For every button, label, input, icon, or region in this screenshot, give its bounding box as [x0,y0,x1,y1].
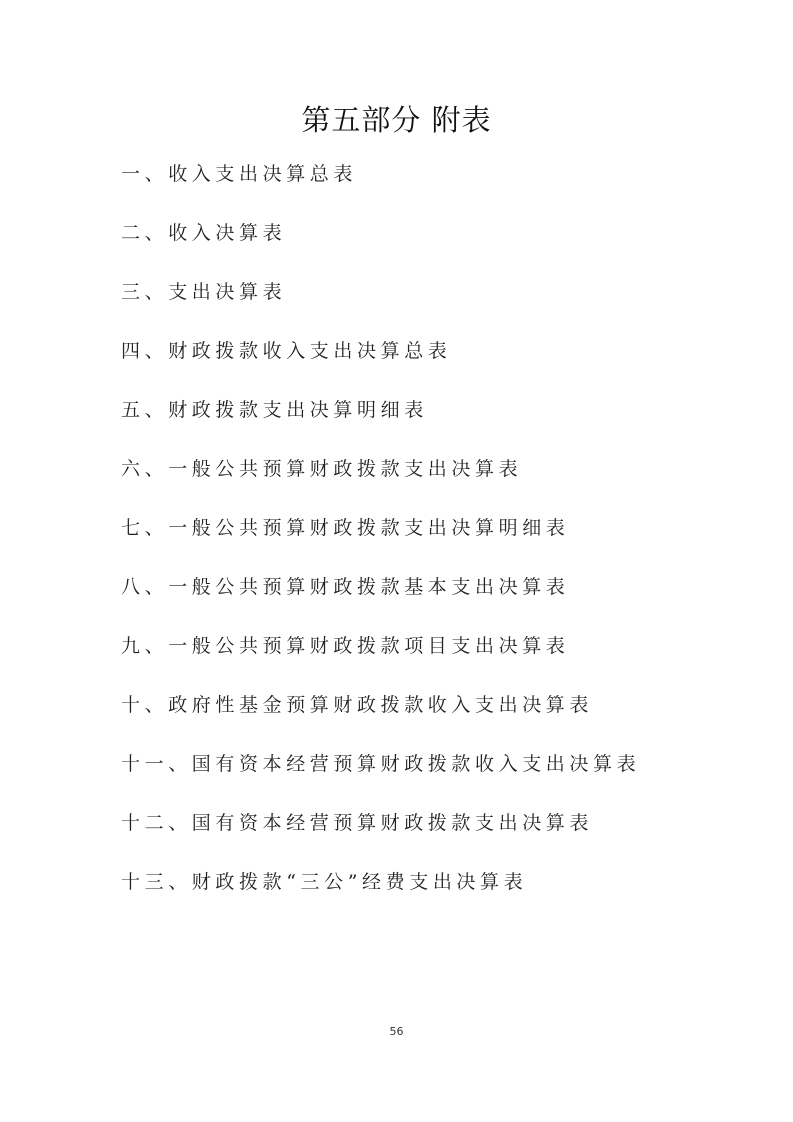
page-title: 第五部分 附表 [0,98,793,139]
toc-item-13: 十三、财政拨款“三公”经费支出决算表 [121,868,640,927]
toc-item-2: 二、收入决算表 [121,219,640,278]
toc-item-9: 九、一般公共预算财政拨款项目支出决算表 [121,632,640,691]
toc-item-12: 十二、国有资本经营预算财政拨款支出决算表 [121,809,640,868]
toc-item-7: 七、一般公共预算财政拨款支出决算明细表 [121,514,640,573]
toc-item-5: 五、财政拨款支出决算明细表 [121,396,640,455]
toc-item-11: 十一、国有资本经营预算财政拨款收入支出决算表 [121,750,640,809]
toc-item-6: 六、一般公共预算财政拨款支出决算表 [121,455,640,514]
appendix-table-list: 一、收入支出决算总表 二、收入决算表 三、支出决算表 四、财政拨款收入支出决算总… [121,160,640,927]
toc-item-1: 一、收入支出决算总表 [121,160,640,219]
toc-item-4: 四、财政拨款收入支出决算总表 [121,337,640,396]
toc-item-8: 八、一般公共预算财政拨款基本支出决算表 [121,573,640,632]
toc-item-3: 三、支出决算表 [121,278,640,337]
toc-item-10: 十、政府性基金预算财政拨款收入支出决算表 [121,691,640,750]
page-number: 56 [0,1025,793,1038]
